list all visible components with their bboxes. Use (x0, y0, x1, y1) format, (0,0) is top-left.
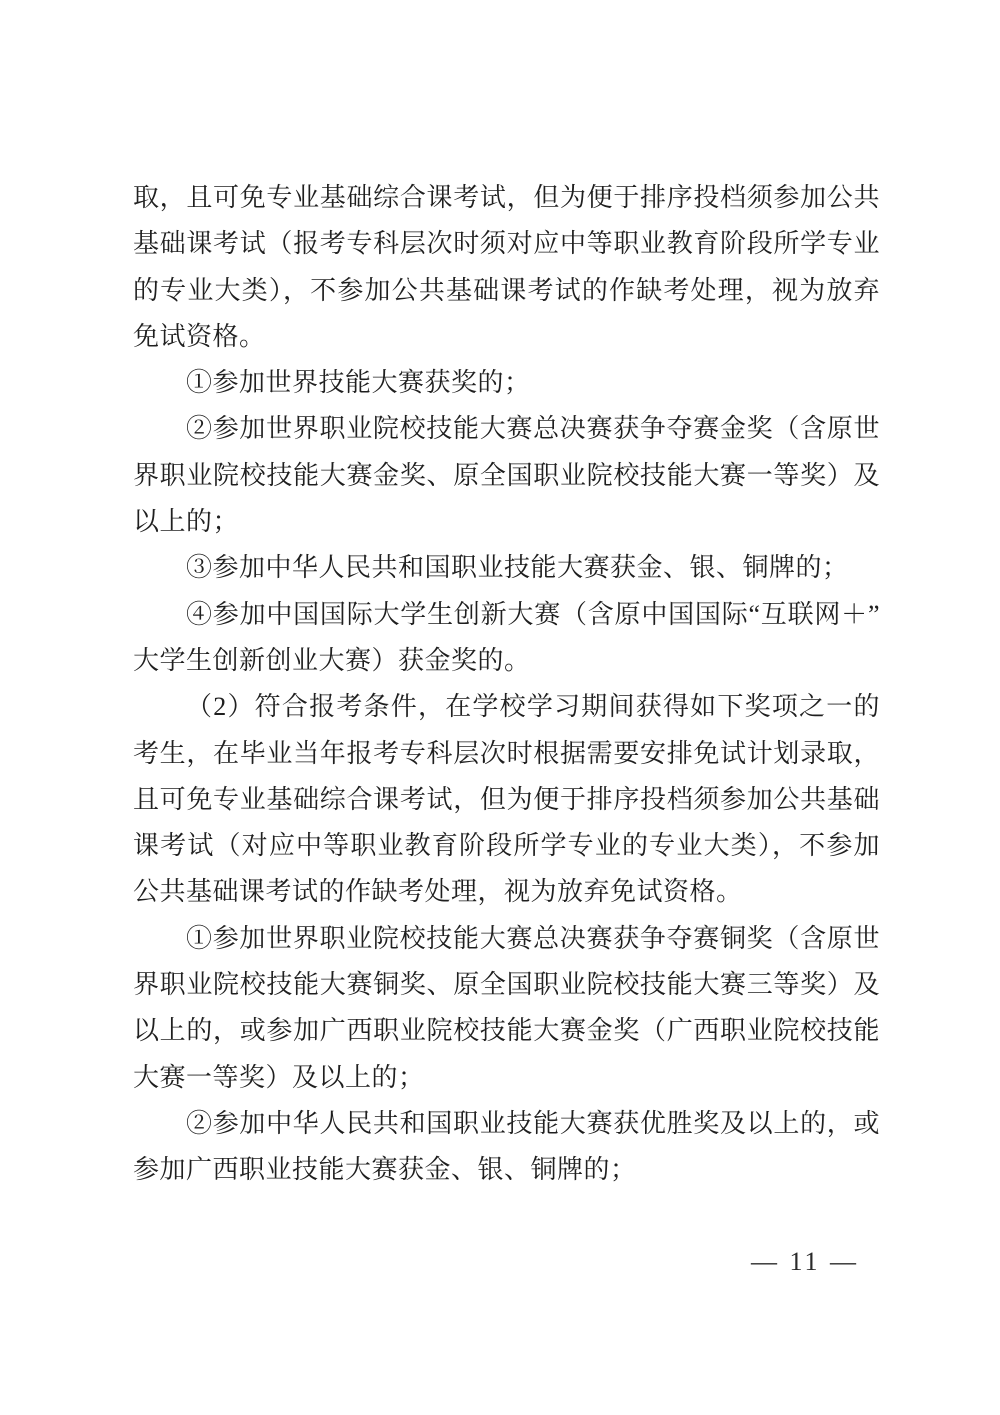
text-line: 界职业院校技能大赛金奖、原全国职业院校技能大赛一等奖）及 (133, 453, 880, 499)
text-line: 界职业院校技能大赛铜奖、原全国职业院校技能大赛三等奖）及 (133, 962, 880, 1008)
text-line: 参加广西职业技能大赛获金、银、铜牌的； (133, 1147, 880, 1193)
text-line: ①参加世界技能大赛获奖的； (133, 360, 880, 406)
text-line: ③参加中华人民共和国职业技能大赛获金、银、铜牌的； (133, 545, 880, 591)
text-line: 取，且可免专业基础综合课考试，但为便于排序投档须参加公共 (133, 175, 880, 221)
text-line: 以上的，或参加广西职业院校技能大赛金奖（广西职业院校技能 (133, 1008, 880, 1054)
document-page: 取，且可免专业基础综合课考试，但为便于排序投档须参加公共基础课考试（报考专科层次… (0, 0, 1000, 1415)
text-line: 考生，在毕业当年报考专科层次时根据需要安排免试计划录取， (133, 731, 880, 777)
text-line: 以上的； (133, 499, 880, 545)
page-number: — 11 — (751, 1244, 859, 1280)
para-exemption-continued: 取，且可免专业基础综合课考试，但为便于排序投档须参加公共基础课考试（报考专科层次… (133, 175, 880, 360)
text-line: ②参加世界职业院校技能大赛总决赛获争夺赛金奖（含原世 (133, 406, 880, 452)
text-line: 且可免专业基础综合课考试，但为便于排序投档须参加公共基础 (133, 777, 880, 823)
text-line: 免试资格。 (133, 314, 880, 360)
text-line: 大赛一等奖）及以上的； (133, 1055, 880, 1101)
para-item-4-innovation-competition: ④参加中国国际大学生创新大赛（含原中国国际“互联网＋”大学生创新创业大赛）获金奖… (133, 592, 880, 685)
text-line: ①参加世界职业院校技能大赛总决赛获争夺赛铜奖（含原世 (133, 916, 880, 962)
para-item-1-bronze-award: ①参加世界职业院校技能大赛总决赛获争夺赛铜奖（含原世界职业院校技能大赛铜奖、原全… (133, 916, 880, 1101)
text-block: 取，且可免专业基础综合课考试，但为便于排序投档须参加公共基础课考试（报考专科层次… (133, 175, 880, 1194)
para-item-2-world-vocational-gold: ②参加世界职业院校技能大赛总决赛获争夺赛金奖（含原世界职业院校技能大赛金奖、原全… (133, 406, 880, 545)
text-line: 基础课考试（报考专科层次时须对应中等职业教育阶段所学专业 (133, 221, 880, 267)
text-line: 大学生创新创业大赛）获金奖的。 (133, 638, 880, 684)
page-footer: — 11 — (0, 1244, 1000, 1284)
text-line: 课考试（对应中等职业教育阶段所学专业的专业大类），不参加 (133, 823, 880, 869)
para-item-1-world-skills: ①参加世界技能大赛获奖的； (133, 360, 880, 406)
text-line: 公共基础课考试的作缺考处理，视为放弃免试资格。 (133, 869, 880, 915)
text-line: （2）符合报考条件，在学校学习期间获得如下奖项之一的 (133, 684, 880, 730)
text-line: 的专业大类），不参加公共基础课考试的作缺考处理，视为放弃 (133, 268, 880, 314)
para-item-3-prc-skills-medals: ③参加中华人民共和国职业技能大赛获金、银、铜牌的； (133, 545, 880, 591)
para-item-2-merit-award: ②参加中华人民共和国职业技能大赛获优胜奖及以上的，或参加广西职业技能大赛获金、银… (133, 1101, 880, 1194)
para-section-2-conditions: （2）符合报考条件，在学校学习期间获得如下奖项之一的考生，在毕业当年报考专科层次… (133, 684, 880, 915)
text-line: ④参加中国国际大学生创新大赛（含原中国国际“互联网＋” (133, 592, 880, 638)
text-line: ②参加中华人民共和国职业技能大赛获优胜奖及以上的，或 (133, 1101, 880, 1147)
